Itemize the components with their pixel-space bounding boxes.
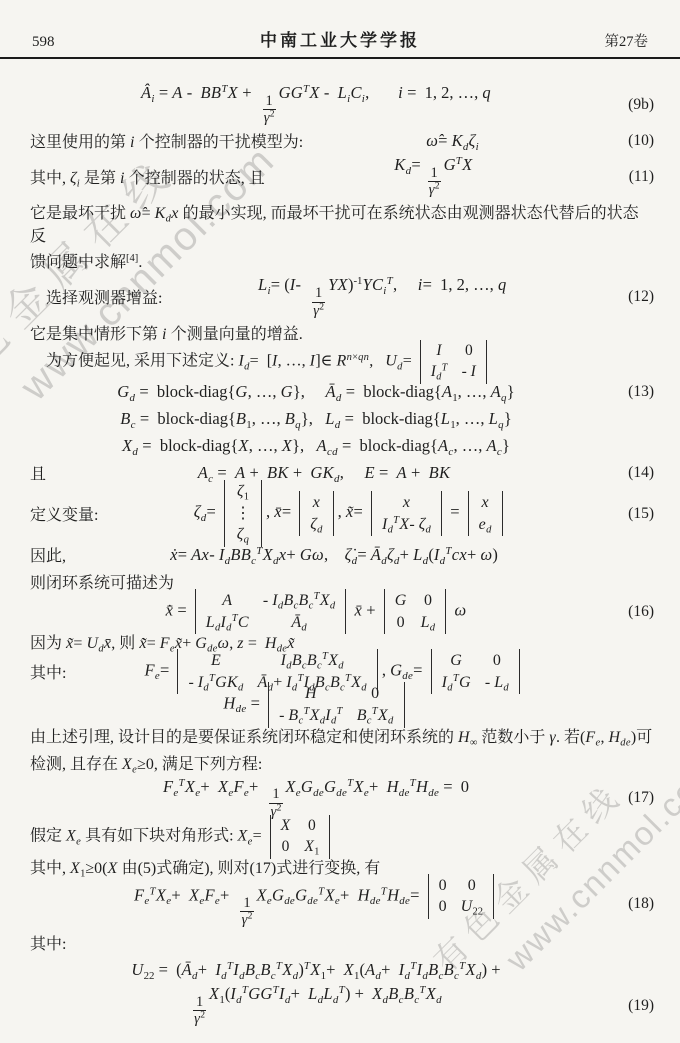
line-text: 其中, ζi 是第 i 个控制器的状态, 且 [30,165,265,188]
equation-line: 因此,ẋ= Ax- IdBBcTXdx+ Gω, ζ̇d= Ādζd+ Ld(… [30,542,654,567]
article-body: Âi = A - BBTX + 1γ2GGTX - LiCi, i = 1, 2… [0,59,680,1043]
equation-number: (14) [602,464,654,482]
formula: FeTXe+ XeFe+ 1γ2XeGdeGdeTXe+ HdeTHde= 00… [30,881,602,929]
line-text: 选择观测器增益: [30,285,162,308]
equation-number: (18) [602,895,654,913]
equation-line: 这里使用的第 i 个控制器的干扰模型为:ω̂= Kdζi(10) [30,128,654,153]
formula: Li= (I- 1γ2YX)-1YCiT, i= 1, 2, …, q [162,275,602,318]
line-text: 为方便起见, 采用下述定义: Id= [I, …, I]∈ Rn×qn, Ud=… [30,347,654,377]
line-text: 其中: [30,931,654,954]
equation-line: Bc = block-diag{B1, …, Bq}, Ld = block-d… [30,406,654,431]
text-line: 它是集中情形下第 i 个测量向量的增益. [30,320,654,345]
equation-line: Hde = H0- BcTXdIdTBcTXd [30,689,654,720]
equation-number: (9b) [602,96,654,114]
page-number: 598 [32,34,122,51]
formula: Ac = A + BK + GKd, E = A + BK [46,463,602,483]
text-line: 其中: [30,930,654,955]
equation-line: 定义变量:ζd= ζ1⋮ζq, x̄= xζd, x̃= xIdTX- ζd =… [30,487,654,540]
line-text: 它是最坏干扰 ω̂= Kdx 的最小实现, 而最坏干扰可在系统状态由观测器状态代… [30,200,654,246]
equation-line: FeTXe+ XeFe+ 1γ2XeGdeGdeTXe+ HdeTHde = 0… [30,777,654,820]
line-text: 它是集中情形下第 i 个测量向量的增益. [30,321,654,344]
line-text: 定义变量: [30,502,98,525]
equation-line: 1γ2X1(IdTGGTId+ LdLdT) + XdBcBcTXd(19) [30,984,654,1027]
text-line: 它是最坏干扰 ω̂= Kdx 的最小实现, 而最坏干扰可在系统状态由观测器状态代… [30,200,654,246]
equation-line: 且Ac = A + BK + GKd, E = A + BK(14) [30,460,654,485]
formula: ω̂= Kdζi [303,131,602,151]
formula: Gd = block-diag{G, …, G}, Ād = block-dia… [30,382,602,402]
formula: x̄̇ = A- IdBcBcTXdLdIdTCĀd x̄ + G00Ld ω [30,596,602,627]
equation-number: (11) [602,168,654,186]
equation-line: 选择观测器增益:Li= (I- 1γ2YX)-1YCiT, i= 1, 2, …… [30,275,654,318]
text-line: 馈问题中求解[4]. [30,248,654,273]
equation-line: 其中, ζi 是第 i 个控制器的状态, 且Kd= 1γ2GTX(11) [30,155,654,198]
equation-line: FeTXe+ XeFe+ 1γ2XeGdeGdeTXe+ HdeTHde= 00… [30,881,654,929]
line-text: 由上述引理, 设计目的是要保证系统闭环稳定和使闭环系统的 H∞ 范数小于 γ. … [30,724,654,747]
formula: 1γ2X1(IdTGGTId+ LdLdT) + XdBcBcTXd [30,984,602,1027]
page-header: 598 中南工业大学学报 第27卷 [0,0,680,59]
equation-number: (10) [602,132,654,150]
line-text: 假定 Xe 具有如下块对角形式: Xe= X00X1 [30,822,654,852]
line-text: 检测, 且存在 Xe≥0, 满足下列方程: [30,751,654,774]
formula: ẋ= Ax- IdBBcTXdx+ Gω, ζ̇d= Ādζd+ Ld(IdT… [66,545,602,565]
formula: FeTXe+ XeFe+ 1γ2XeGdeGdeTXe+ HdeTHde = 0 [30,777,602,820]
formula: U22 = (Ād+ IdTIdBcBcTXd)TX1+ X1(Ad+ IdTI… [30,960,602,980]
line-text: 馈问题中求解[4]. [30,249,654,272]
journal-page: 有色金属在线 www.cnnmol.com 有色金属在线 www.cnnmol.… [0,0,680,1043]
text-line: 检测, 且存在 Xe≥0, 满足下列方程: [30,750,654,775]
line-text: 其中, X1≥0(X 由(5)式确定), 则对(17)式进行变换, 有 [30,855,654,878]
text-line: 其中, X1≥0(X 由(5)式确定), 则对(17)式进行变换, 有 [30,854,654,879]
formula: ζd= ζ1⋮ζq, x̄= xζd, x̃= xIdTX- ζd = xed [98,487,602,540]
line-text: 其中: [30,660,66,683]
line-text: 这里使用的第 i 个控制器的干扰模型为: [30,129,303,152]
equation-line: x̄̇ = A- IdBcBcTXdLdIdTCĀd x̄ + G00Ld ω(… [30,596,654,627]
equation-number: (13) [602,383,654,401]
volume-label: 第27卷 [558,30,648,51]
equation-number: (15) [602,505,654,523]
equation-line: Xd = block-diag{X, …, X}, Acd = block-di… [30,433,654,458]
text-line: 假定 Xe 具有如下块对角形式: Xe= X00X1 [30,822,654,852]
formula: Bc = block-diag{B1, …, Bq}, Ld = block-d… [30,409,602,429]
equation-line: Âi = A - BBTX + 1γ2GGTX - LiCi, i = 1, 2… [30,83,654,126]
formula: Hde = H0- BcTXdIdTBcTXd [30,689,602,720]
journal-title: 中南工业大学学报 [122,26,558,51]
equation-number: (16) [602,603,654,621]
equation-number: (12) [602,288,654,306]
equation-line: Gd = block-diag{G, …, G}, Ād = block-dia… [30,379,654,404]
equation-number: (17) [602,789,654,807]
line-text: 且 [30,461,46,484]
text-line: 由上述引理, 设计目的是要保证系统闭环稳定和使闭环系统的 H∞ 范数小于 γ. … [30,723,654,748]
formula: Xd = block-diag{X, …, X}, Acd = block-di… [30,436,602,456]
formula: Âi = A - BBTX + 1γ2GGTX - LiCi, i = 1, 2… [30,83,602,126]
equation-number: (19) [602,997,654,1015]
formula: Kd= 1γ2GTX [265,155,602,198]
text-line: 为方便起见, 采用下述定义: Id= [I, …, I]∈ Rn×qn, Ud=… [30,347,654,377]
line-text: 因此, [30,543,66,566]
